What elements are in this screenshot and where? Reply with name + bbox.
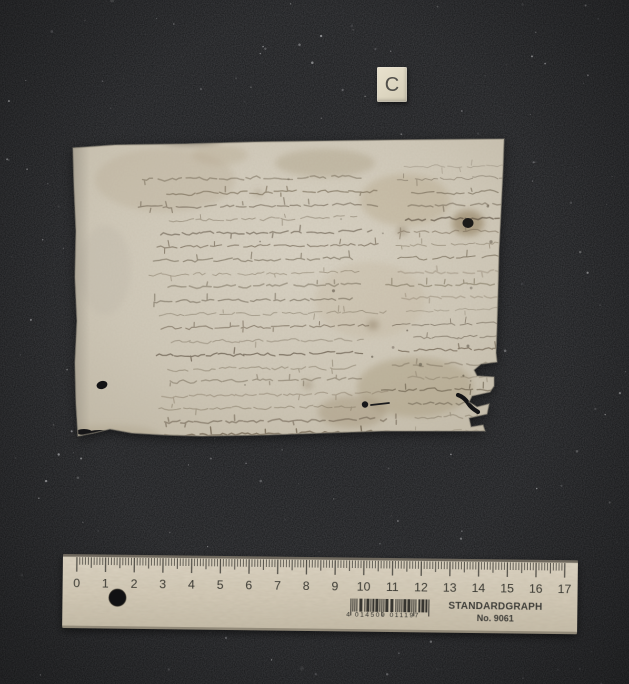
photo-stage: C xyxy=(0,0,629,684)
tile-letter: C xyxy=(385,75,399,95)
barcode-digits: 4 014509 011197 xyxy=(346,611,420,619)
letter-c-tile: C xyxy=(377,67,407,102)
svg-text:16: 16 xyxy=(529,582,543,596)
model-number: No. 9061 xyxy=(448,612,542,623)
svg-text:14: 14 xyxy=(471,581,485,595)
svg-text:9: 9 xyxy=(331,579,338,593)
svg-text:0: 0 xyxy=(73,576,80,590)
svg-text:11: 11 xyxy=(386,580,399,594)
svg-text:15: 15 xyxy=(500,581,514,595)
svg-text:2: 2 xyxy=(131,577,138,591)
brand-text: STANDARDGRAPH xyxy=(448,600,542,612)
svg-text:10: 10 xyxy=(357,580,371,594)
svg-text:4: 4 xyxy=(188,578,195,592)
svg-text:6: 6 xyxy=(245,578,252,592)
svg-text:12: 12 xyxy=(414,580,428,594)
manuscript-fragment xyxy=(70,135,510,441)
svg-text:13: 13 xyxy=(443,581,457,595)
manuscript-render xyxy=(70,135,510,441)
svg-text:5: 5 xyxy=(217,578,224,592)
left-edge-shading xyxy=(70,135,90,441)
svg-text:7: 7 xyxy=(274,579,281,593)
barcode: 4 014509 011197 xyxy=(349,599,437,626)
svg-text:3: 3 xyxy=(159,577,166,591)
ruler: 01234567891011121314151617 4 014509 0111… xyxy=(62,554,578,634)
wormhole-right-column xyxy=(463,218,474,228)
ink-dot xyxy=(362,401,368,407)
svg-text:8: 8 xyxy=(303,579,310,593)
svg-text:17: 17 xyxy=(558,582,572,596)
svg-text:1: 1 xyxy=(102,576,109,590)
